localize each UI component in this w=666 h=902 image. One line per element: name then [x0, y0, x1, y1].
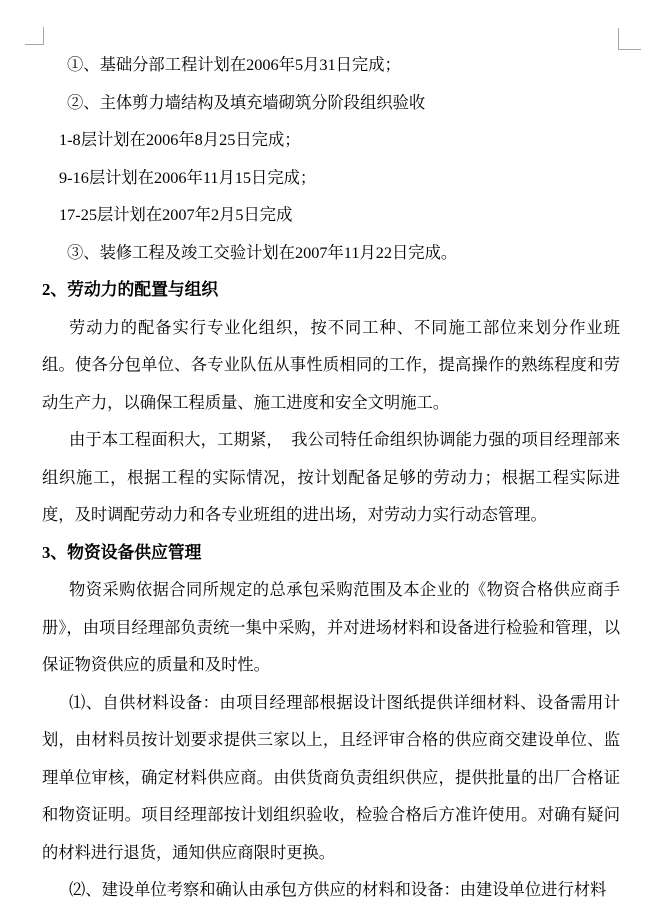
section-heading: 2、劳动力的配置与组织 [42, 271, 620, 309]
document-body: ①、基础分部工程计划在2006年5月31日完成；②、主体剪力墙结构及填充墙砌筑分… [42, 46, 620, 902]
paragraph: ⑴、自供材料设备：由项目经理部根据设计图纸提供详细材料、设备需用计划，由材料员按… [42, 684, 620, 872]
paragraph: 劳动力的配备实行专业化组织，按不同工种、不同施工部位来划分作业班组。使各分包单位… [42, 309, 620, 422]
text-boundary-mark-top-right [618, 28, 641, 50]
paragraph: 由于本工程面积大，工期紧， 我公司特任命组织协调能力强的项目经理部来组织施工，根… [42, 421, 620, 534]
paragraph: ⑵、建设单位考察和确认由承包方供应的材料和设备：由建设单位进行材料 [42, 871, 620, 902]
document-page: ①、基础分部工程计划在2006年5月31日完成；②、主体剪力墙结构及填充墙砌筑分… [0, 0, 666, 902]
paragraph: 物资采购依据合同所规定的总承包采购范围及本企业的《物资合格供应商手册》，由项目经… [42, 571, 620, 684]
list-line: 9-16层计划在2006年11月15日完成； [42, 159, 620, 197]
text-boundary-mark-top-left [25, 27, 44, 45]
list-line: ①、基础分部工程计划在2006年5月31日完成； [42, 46, 620, 84]
list-line: 17-25层计划在2007年2月5日完成 [42, 196, 620, 234]
section-heading: 3、物资设备供应管理 [42, 534, 620, 572]
list-line: ③、装修工程及竣工交验计划在2007年11月22日完成。 [42, 234, 620, 272]
list-line: 1-8层计划在2006年8月25日完成； [42, 121, 620, 159]
list-line: ②、主体剪力墙结构及填充墙砌筑分阶段组织验收 [42, 84, 620, 122]
